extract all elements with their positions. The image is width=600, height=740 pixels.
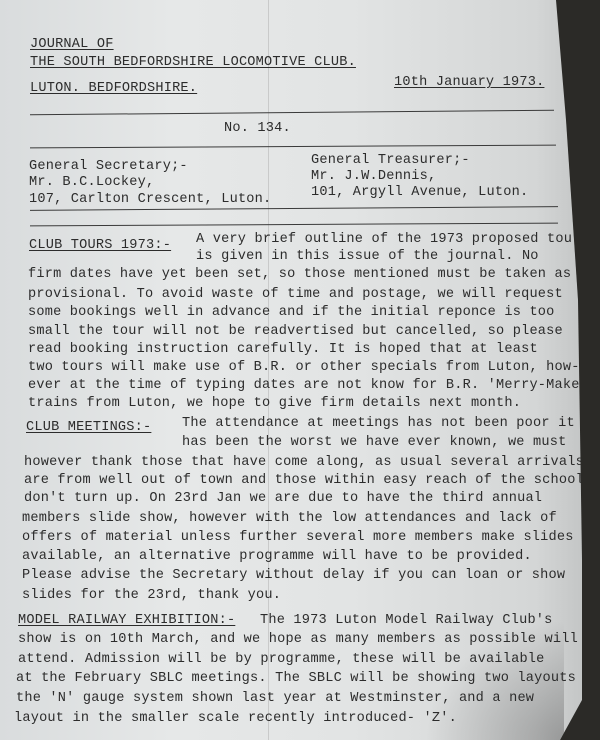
body-line: slides for the 23rd, thank you. xyxy=(22,589,281,603)
body-line: A very brief outline of the 1973 propose… xyxy=(196,233,589,247)
body-line: don't turn up. On 23rd Jan we are due to… xyxy=(24,492,542,506)
masthead-club-name: THE SOUTH BEDFORDSHIRE LOCOMOTIVE CLUB. xyxy=(30,56,356,70)
secretary-name: Mr. B.C.Lockey, xyxy=(29,176,154,190)
treasurer-name: Mr. J.W.Dennis, xyxy=(311,170,436,184)
body-line: the 'N' gauge system shown last year at … xyxy=(16,692,534,706)
body-line: Please advise the Secretary without dela… xyxy=(22,569,565,583)
treasurer-address: 101, Argyll Avenue, Luton. xyxy=(311,186,528,200)
body-line: has been the worst we have ever known, w… xyxy=(182,436,566,450)
body-line: is given in this issue of the journal. N… xyxy=(196,250,539,264)
body-line: show is on 10th March, and we hope as ma… xyxy=(18,633,578,647)
body-line: small the tour will not be readvertised … xyxy=(28,325,563,339)
divider xyxy=(30,145,556,149)
treasurer-title: General Treasurer;- xyxy=(311,154,470,168)
masthead-line-1: JOURNAL OF xyxy=(30,38,114,52)
body-line: The 1973 Luton Model Railway Club's xyxy=(260,614,553,628)
body-line: layout in the smaller scale recently int… xyxy=(14,712,457,726)
body-line: provisional. To avoid waste of time and … xyxy=(28,288,563,302)
journal-date: 10th January 1973. xyxy=(394,76,544,90)
secretary-address: 107, Carlton Crescent, Luton. xyxy=(29,193,271,207)
body-line: are from well out of town and those with… xyxy=(24,474,584,488)
body-line: offers of material unless further severa… xyxy=(22,531,574,545)
body-line: The attendance at meetings has not been … xyxy=(182,417,575,431)
section-heading-model-railway-exhibition: MODEL RAILWAY EXHIBITION:- xyxy=(18,614,235,628)
issue-number: No. 134. xyxy=(224,122,291,136)
body-line: attend. Admission will be by programme, … xyxy=(18,653,545,667)
section-heading-club-tours: CLUB TOURS 1973:- xyxy=(29,239,171,253)
body-line: however thank those that have come along… xyxy=(24,456,584,470)
body-line: trains from Luton, we hope to give firm … xyxy=(28,397,521,411)
section-heading-club-meetings: CLUB MEETINGS:- xyxy=(26,421,151,435)
body-line: available, an alternative programme will… xyxy=(22,550,532,564)
body-line: read booking instruction carefully. It i… xyxy=(28,343,538,357)
body-line: firm dates have yet been set, so those m… xyxy=(28,268,571,282)
body-line: two tours will make use of B.R. or other… xyxy=(28,361,580,375)
secretary-title: General Secretary;- xyxy=(29,160,188,174)
body-line: members slide show, however with the low… xyxy=(22,512,557,526)
body-line: ever at the time of typing dates are not… xyxy=(28,379,596,393)
divider xyxy=(30,110,554,116)
divider xyxy=(30,223,558,227)
journal-page: JOURNAL OF THE SOUTH BEDFORDSHIRE LOCOMO… xyxy=(0,0,582,740)
body-line: some bookings well in advance and if the… xyxy=(28,306,555,320)
masthead-location: LUTON. BEDFORDSHIRE. xyxy=(30,82,197,96)
body-line: at the February SBLC meetings. The SBLC … xyxy=(16,672,576,686)
